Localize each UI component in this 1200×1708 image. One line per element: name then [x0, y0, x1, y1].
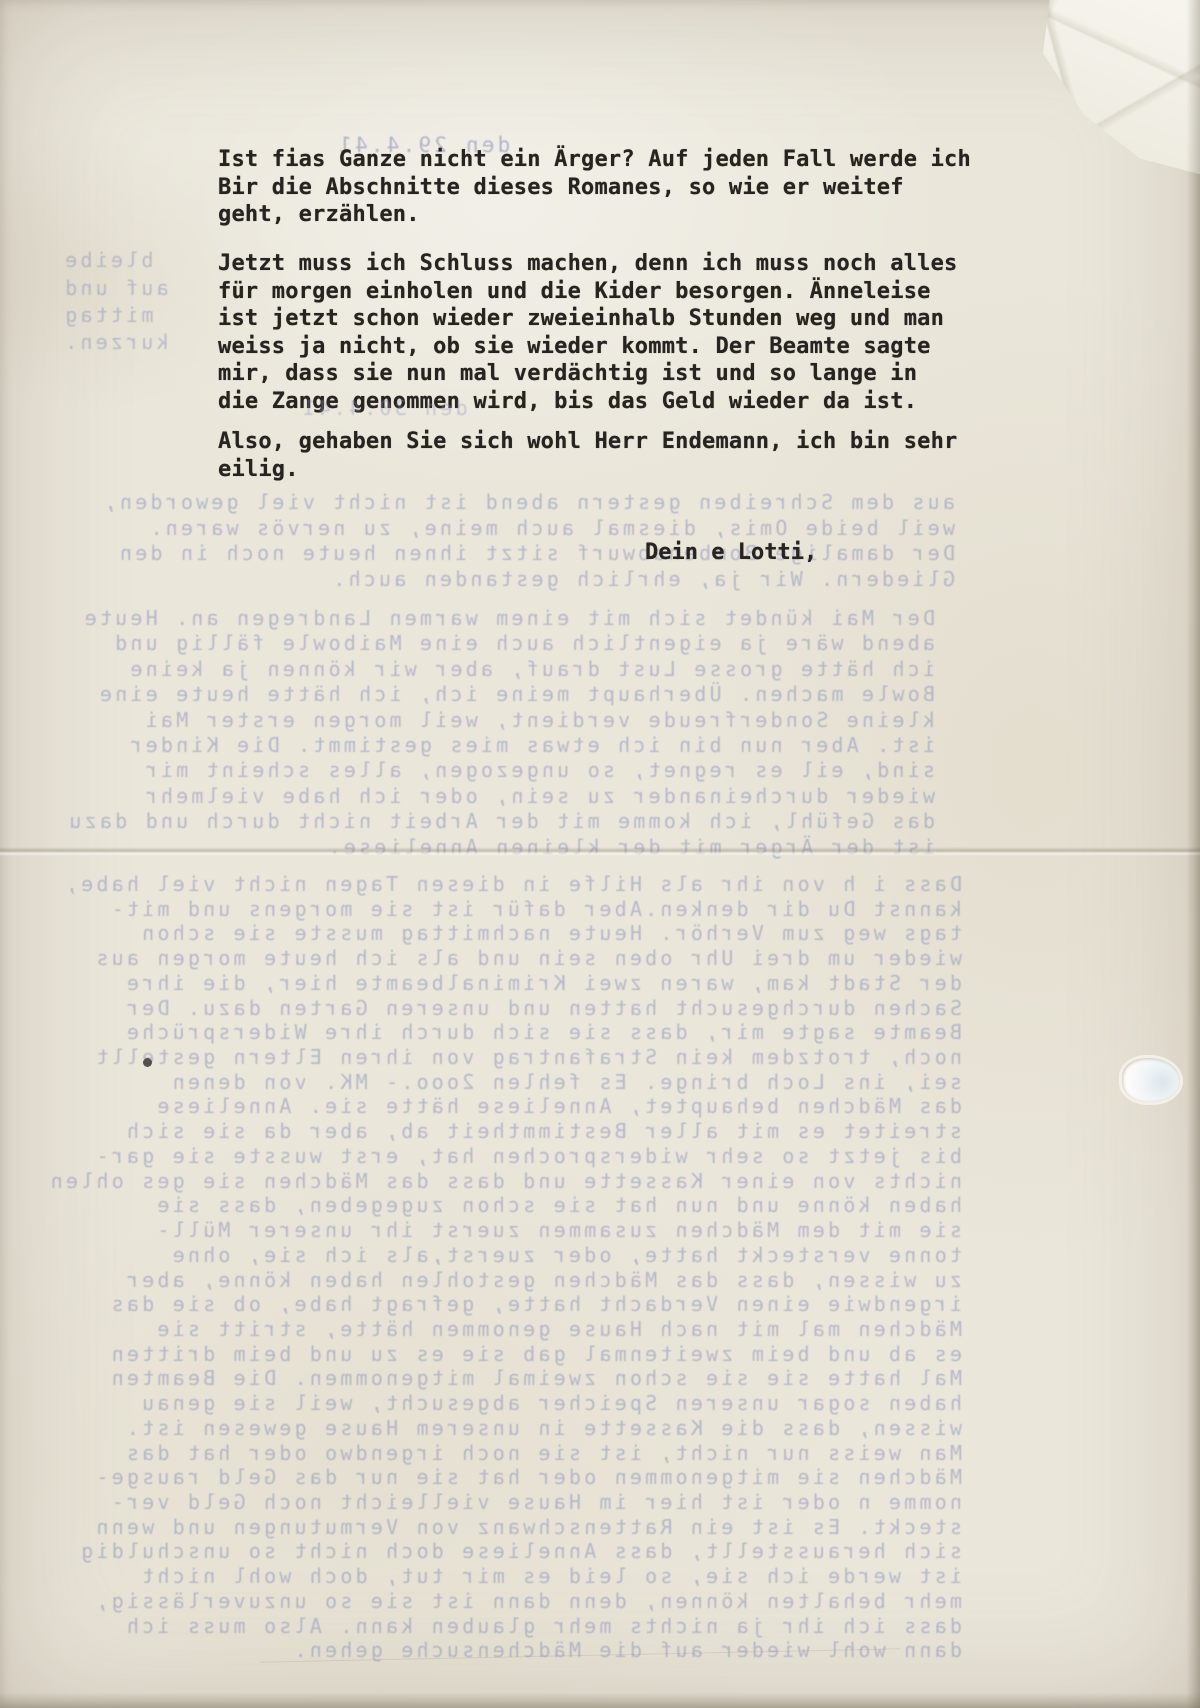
ghost-line: sie mit dem Mädchen zusammen zuerst ihr … — [32, 1218, 962, 1243]
letter-line: Jetzt muss ich Schluss machen, denn ich … — [218, 250, 978, 278]
ghost-line: haben könne und nun hat sie schon zugege… — [32, 1193, 962, 1218]
letter-paper: den 29.4.41 Ist fias Ganze nicht ein Ärg… — [0, 0, 1200, 1708]
ghost-line: streitet es mit aller Bestimmtheit ab, a… — [32, 1119, 962, 1144]
ghost-line: ich hätte grosse Lust drauf, aber wir kö… — [35, 657, 935, 682]
letter-line: eilig. — [218, 456, 978, 484]
ghost-line: abend wäre ja eigentlich auch eine Maibo… — [35, 631, 935, 656]
ghost-line: das Gefühl, ich komme mit der Arbeit nic… — [35, 809, 935, 834]
ghost-line: sei, ins Loch bringe. Es fehlen 2ooo.- M… — [32, 1070, 962, 1095]
ghost-line: nichts von einer Kassette und dass das M… — [32, 1169, 962, 1194]
letter-line: Ist fias Ganze nicht ein Ärger? Auf jede… — [218, 146, 978, 174]
ghost-line: der Stadt kam, waren zwei Kriminalbeamte… — [32, 971, 962, 996]
torn-corner — [985, 0, 1200, 198]
ghost-line: Beamte sagte mir, dass sie sich durch ih… — [32, 1020, 962, 1045]
ghost-line: tags weg zum Verhör. Heute nachmittag mu… — [32, 921, 962, 946]
letter-line: geht, erzählen. — [218, 201, 978, 229]
ghost-line: ist. Aber nun bin ich etwas mies gestimm… — [35, 733, 935, 758]
ghost-line: Man weiss nur nicht, ist sie noch irgend… — [32, 1441, 962, 1466]
ghost-line: weil beide Omis, diesmal auch meine, zu … — [75, 516, 955, 542]
bleedthrough-fragment: kurzen. — [62, 330, 169, 355]
ghost-line: Bowle machen. Überhaupt meine ich, ich h… — [35, 682, 935, 707]
letter-line: Also, gehaben Sie sich wohl Herr Endeman… — [218, 428, 978, 456]
letter-line: für morgen einholen und die Kider besorg… — [218, 278, 978, 306]
bleedthrough-block-3: Dass i h von ihr als Hilfe in diesen Tag… — [32, 872, 962, 1663]
letter-line: weiss ja nicht, ob sie wieder kommt. Der… — [218, 333, 978, 361]
bleedthrough-fragment: auf und — [62, 276, 169, 301]
ghost-line: irgendwie einen Verdacht hatte, gefragt … — [32, 1292, 962, 1317]
bleedthrough-fragment: mittag — [62, 303, 153, 328]
ghost-line: aus dem Schreiben gestern abend ist nich… — [75, 490, 955, 516]
ghost-line: dass ich ihr ja nichts mehr glauben kann… — [32, 1614, 962, 1639]
ghost-line: Mädchen mal mit nach Hause genommen hätt… — [32, 1317, 962, 1342]
ghost-line: kleine Sonderfreude verdient, weil morge… — [35, 708, 935, 733]
fold-crease — [0, 847, 1200, 856]
ghost-line: Mal hatte sie sie schon zweimal mitgenom… — [32, 1366, 962, 1391]
ghost-line: mehr behalten können, denn dann ist sie … — [32, 1589, 962, 1614]
ghost-line: steckt. Es ist ein Rattenschwanz von Ver… — [32, 1515, 962, 1540]
ghost-line: es ab und beim zweitenmal gab sie es zu … — [32, 1342, 962, 1367]
ghost-line: wissen, dass die Kassette in unserem Hau… — [32, 1416, 962, 1441]
ghost-line: sind, eil es regnet, so ungezogen, alles… — [35, 758, 935, 783]
ghost-line: kannst Du dir denken.Aber dafür ist sie … — [32, 897, 962, 922]
ghost-line: wieder um drei Uhr oben sein und als ich… — [32, 946, 962, 971]
ghost-line: das Mädchen behauptet, Anneliese hätte s… — [32, 1094, 962, 1119]
signature: Dein e Lotti, — [645, 540, 817, 565]
ghost-line: noch, trotzdem kein Strafantrag von ihre… — [32, 1045, 962, 1070]
ghost-line: sich herausstellt, dass Anneliese doch n… — [32, 1539, 962, 1564]
letter-line: ist jetzt schon wieder zweieinhalb Stund… — [218, 305, 978, 333]
paper-edge-right — [1186, 0, 1200, 1708]
ghost-line: Der damalige Bombenabwurf sitzt ihnen he… — [75, 541, 955, 567]
ghost-line: Dass i h von ihr als Hilfe in diesen Tag… — [32, 872, 962, 897]
ghost-line: nomme n oder ist hier im Hause vielleich… — [32, 1490, 962, 1515]
ghost-line: Gliedern. Wir ja, ehrlich gestanden auch… — [75, 567, 955, 593]
ghost-line: Sachen durchgesucht hatten und unseren G… — [32, 996, 962, 1021]
letter-line: mir, dass sie nun mal verdächtig ist und… — [218, 360, 978, 388]
ghost-line: wieder durcheinander zu sein, oder ich h… — [35, 784, 935, 809]
letter-paragraph-3: Also, gehaben Sie sich wohl Herr Endeman… — [218, 428, 978, 483]
letter-paragraph-2: Jetzt muss ich Schluss machen, denn ich … — [218, 250, 978, 416]
letter-line: Bir die Abschnitte dieses Romanes, so wi… — [218, 174, 978, 202]
ghost-line: zu wissen, dass das Mädchen gestohlen ha… — [32, 1268, 962, 1293]
ghost-line: bis jetzt so sehr widersprochen hat, ers… — [32, 1144, 962, 1169]
bleedthrough-block-2: Der Mai kündet sich mit einem warmen Lan… — [35, 606, 935, 860]
bleedthrough-date-mid: den 30.4.41 — [300, 396, 468, 421]
paper-edge-bottom — [0, 1692, 1200, 1708]
ghost-line: tonne versteckt hatte, oder zuerst,als i… — [32, 1243, 962, 1268]
bleedthrough-fragment: bleibe — [62, 248, 153, 273]
letter-paragraph-1: Ist fias Ganze nicht ein Ärger? Auf jede… — [218, 146, 978, 229]
ghost-line: haben sogar unseren Speicher abgesucht, … — [32, 1391, 962, 1416]
ghost-line: ist werde ich sie, so leid es mir tut, d… — [32, 1564, 962, 1589]
ghost-line: Mädchen sie mitgenommen oder hat sie nur… — [32, 1465, 962, 1490]
ink-blot — [143, 1058, 152, 1067]
ghost-line: Der Mai kündet sich mit einem warmen Lan… — [35, 606, 935, 631]
bleedthrough-block-1: aus dem Schreiben gestern abend ist nich… — [75, 490, 955, 592]
paper-chip-hole — [1122, 1058, 1180, 1102]
